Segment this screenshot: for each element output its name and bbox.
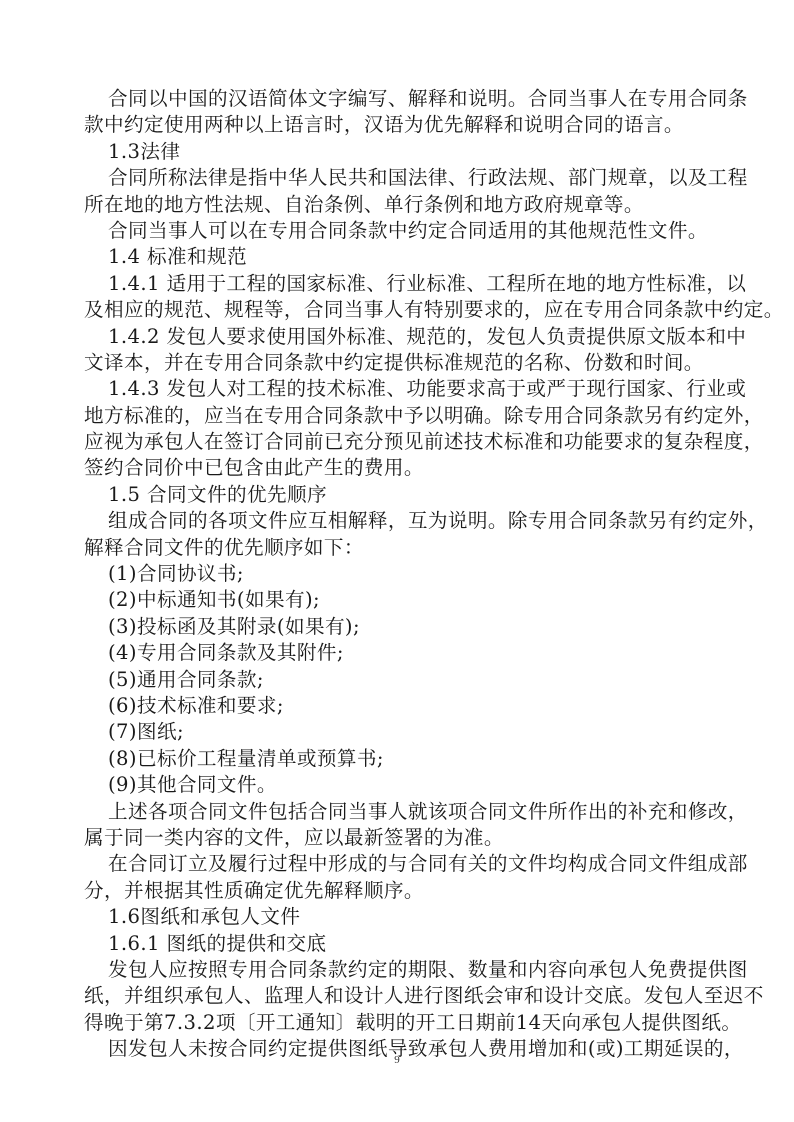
list-item: (2)中标通知书(如果有); bbox=[84, 587, 712, 613]
subsection-heading: 1.6.1 图纸的提供和交底 bbox=[84, 931, 712, 957]
paragraph-line: 1.4.3 发包人对工程的技术标准、功能要求高于或严于现行国家、行业或 bbox=[84, 376, 712, 402]
list-item: (6)技术标准和要求; bbox=[84, 693, 712, 719]
paragraph-line: 在合同订立及履行过程中形成的与合同有关的文件均构成合同文件组成部 bbox=[84, 851, 712, 877]
paragraph-line: 1.4.2 发包人要求使用国外标准、规范的，发包人负责提供原文版本和中 bbox=[84, 324, 712, 350]
paragraph-line: 纸，并组织承包人、监理人和设计人进行图纸会审和设计交底。发包人至迟不 bbox=[84, 983, 712, 1009]
paragraph-line: 合同当事人可以在专用合同条款中约定合同适用的其他规范性文件。 bbox=[84, 218, 712, 244]
list-item: (5)通用合同条款; bbox=[84, 667, 712, 693]
list-item: (7)图纸; bbox=[84, 719, 712, 745]
paragraph-line: 属于同一类内容的文件，应以最新签署的为准。 bbox=[84, 825, 712, 851]
section-heading: 1.6图纸和承包人文件 bbox=[84, 904, 712, 930]
section-heading: 1.3法律 bbox=[84, 139, 712, 165]
paragraph-line: 组成合同的各项文件应互相解释，互为说明。除专用合同条款另有约定外， bbox=[84, 508, 712, 534]
section-heading: 1.4 标准和规范 bbox=[84, 244, 712, 270]
list-item: (4)专用合同条款及其附件; bbox=[84, 640, 712, 666]
paragraph-line: 合同以中国的汉语简体文字编写、解释和说明。合同当事人在专用合同条 bbox=[84, 86, 712, 112]
list-item: (3)投标函及其附录(如果有); bbox=[84, 614, 712, 640]
paragraph-line: 文译本，并在专用合同条款中约定提供标准规范的名称、份数和时间。 bbox=[84, 350, 712, 376]
section-heading: 1.5 合同文件的优先顺序 bbox=[84, 482, 712, 508]
paragraph-line: 分，并根据其性质确定优先解释顺序。 bbox=[84, 878, 712, 904]
list-item: (8)已标价工程量清单或预算书; bbox=[84, 746, 712, 772]
paragraph-line: 发包人应按照专用合同条款约定的期限、数量和内容向承包人免费提供图 bbox=[84, 957, 712, 983]
paragraph-line: 应视为承包人在签订合同前已充分预见前述技术标准和功能要求的复杂程度， bbox=[84, 429, 712, 455]
document-page: 合同以中国的汉语简体文字编写、解释和说明。合同当事人在专用合同条 款中约定使用两… bbox=[84, 86, 712, 1062]
paragraph-line: 得晚于第7.3.2项〔开工通知〕载明的开工日期前14天向承包人提供图纸。 bbox=[84, 1010, 712, 1036]
paragraph-line: 解释合同文件的优先顺序如下： bbox=[84, 535, 712, 561]
paragraph-line: 地方标准的，应当在专用合同条款中予以明确。除专用合同条款另有约定外， bbox=[84, 403, 712, 429]
paragraph-line: 上述各项合同文件包括合同当事人就该项合同文件所作出的补充和修改， bbox=[84, 799, 712, 825]
paragraph-line: 1.4.1 适用于工程的国家标准、行业标准、工程所在地的地方性标准，以 bbox=[84, 271, 712, 297]
paragraph-line: 签约合同价中已包含由此产生的费用。 bbox=[84, 455, 712, 481]
paragraph-line: 所在地的地方性法规、自治条例、单行条例和地方政府规章等。 bbox=[84, 192, 712, 218]
list-item: (1)合同协议书; bbox=[84, 561, 712, 587]
page-number: 9 bbox=[0, 1054, 794, 1066]
list-item: (9)其他合同文件。 bbox=[84, 772, 712, 798]
paragraph-line: 及相应的规范、规程等，合同当事人有特别要求的，应在专用合同条款中约定。 bbox=[84, 297, 712, 323]
paragraph-line: 款中约定使用两种以上语言时，汉语为优先解释和说明合同的语言。 bbox=[84, 112, 712, 138]
paragraph-line: 合同所称法律是指中华人民共和国法律、行政法规、部门规章，以及工程 bbox=[84, 165, 712, 191]
